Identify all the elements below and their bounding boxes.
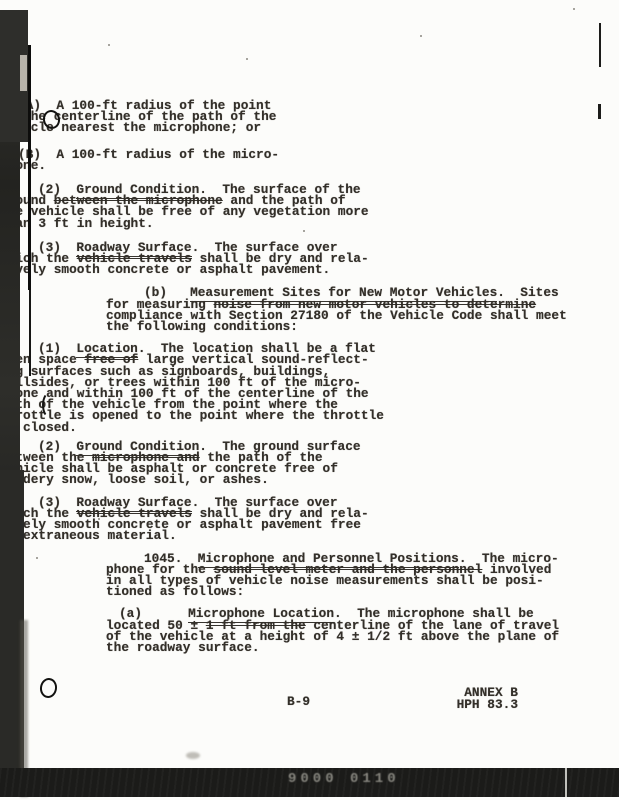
microfilm-frame-bar: 9000 0110 — [0, 768, 619, 797]
page-number: B-9 — [287, 696, 310, 707]
paragraph-subparagraph-B: (B) A 100-ft radius of the micro-phone. — [0, 149, 619, 171]
paragraph-item-1-location: (1) Location. The location shall be a fl… — [0, 343, 619, 433]
scan-speck — [36, 557, 38, 559]
paragraph-item-3-roadway-surface-new-vehicles: (3) Roadway Surface. The surface overwhi… — [0, 497, 619, 542]
scan-speck — [573, 8, 575, 10]
microfilm-frame-scratch — [565, 768, 567, 797]
text-line: vehicle nearest the microphone; or — [0, 122, 619, 133]
scan-speck — [246, 58, 248, 60]
scan-speck — [98, 518, 100, 520]
paragraph-paragraph-b-measurement-sites: (b) Measurement Sites for New Motor Vehi… — [106, 287, 619, 332]
paragraph-section-1045-microphone-personnel-positions: 1045. Microphone and Personnel Positions… — [106, 553, 619, 598]
microfilm-frame-code: 9000 0110 — [288, 771, 400, 787]
paragraph-item-3-roadway-surface: (3) Roadway Surface. The surface overwhi… — [0, 242, 619, 276]
scan-edge-light-patch — [20, 55, 27, 91]
scan-fold-line-thin — [29, 290, 31, 376]
doc-ref: HPH 83.3 — [438, 699, 518, 711]
paragraph-paragraph-a-microphone-location: (a) Microphone Location. The microphone … — [106, 608, 619, 653]
right-edge-dash-top — [599, 23, 601, 67]
punch-mark-circle-bottom — [39, 677, 59, 699]
scan-speck — [108, 44, 110, 46]
scan-speck — [420, 35, 422, 37]
document-body: (A) A 100-ft radius of the pointon the c… — [0, 100, 619, 653]
paragraph-subparagraph-A: (A) A 100-ft radius of the pointon the c… — [0, 100, 619, 134]
scanned-document-page: (A) A 100-ft radius of the pointon the c… — [0, 0, 619, 800]
text-line: throttle is opened to the point where th… — [0, 410, 619, 421]
scan-speck — [303, 230, 305, 232]
pen-paren-mark — [42, 392, 57, 418]
right-edge-dash-lower — [598, 104, 601, 119]
paragraph-item-2-ground-condition: (2) Ground Condition. The surface of the… — [0, 184, 619, 229]
text-line: tively smooth concrete or asphalt paveme… — [0, 264, 619, 275]
scan-smudge — [186, 752, 200, 759]
scan-fold-line — [28, 45, 31, 290]
paragraph-item-2-ground-condition-new-vehicles: (2) Ground Condition. The ground surface… — [0, 441, 619, 486]
text-line: (B) A 100-ft radius of the micro- — [0, 149, 619, 160]
annex-block: ANNEX B HPH 83.3 — [438, 687, 518, 710]
